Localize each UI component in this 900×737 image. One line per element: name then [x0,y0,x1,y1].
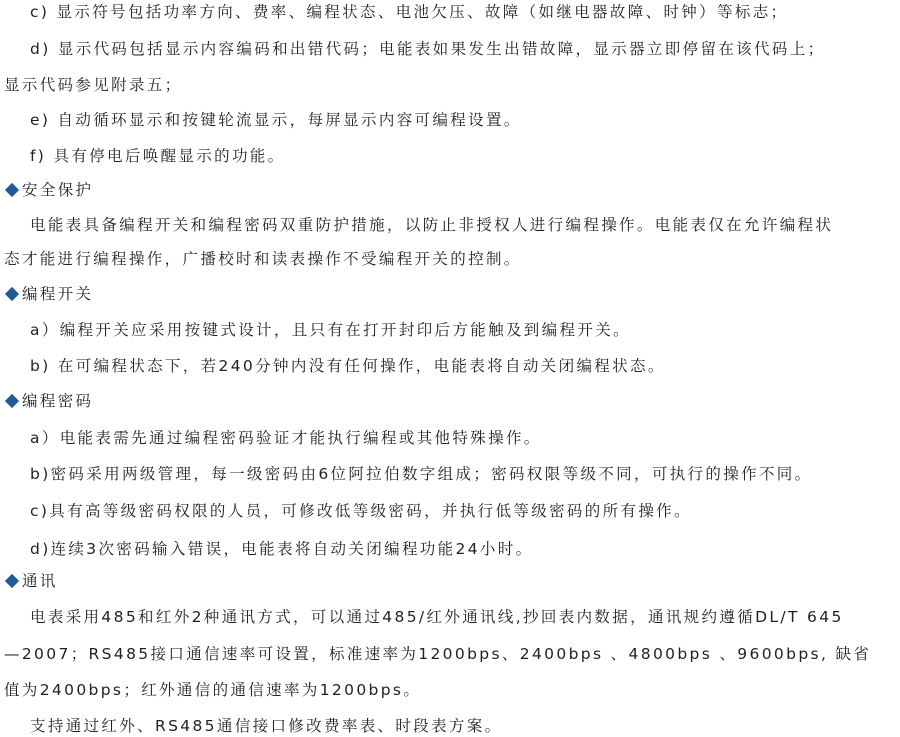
diamond-bullet-icon [5,394,19,408]
display-item-d-line1: d) 显示代码包括显示内容编码和出错代码；电能表如果发生出错故障，显示器立即停留… [30,39,825,59]
security-paragraph-line1: 电能表具备编程开关和编程密码双重防护措施，以防止非授权人进行编程操作。电能表仅在… [30,215,833,235]
display-item-e: e) 自动循环显示和按键轮流显示，每屏显示内容可编程设置。 [30,110,522,130]
program-password-item-c: c)具有高等级密码权限的人员，可修改低等级密码，并执行低等级密码的所有操作。 [30,501,692,521]
security-paragraph-line2: 态才能进行编程操作，广播校时和读表操作不受编程开关的控制。 [4,249,522,269]
section-heading-program-switch: 编程开关 [4,284,93,304]
heading-text: 安全保护 [22,180,93,200]
heading-text: 通讯 [22,571,58,591]
communication-paragraph-line2: —2007；RS485接口通信速率可设置，标准速率为1200bps、2400bp… [4,644,871,664]
program-password-item-b: b)密码采用两级管理，每一级密码由6位阿拉伯数字组成；密码权限等级不同，可执行的… [30,464,813,484]
diamond-bullet-icon [5,183,19,197]
program-switch-item-b: b) 在可编程状态下，若240分钟内没有任何操作，电能表将自动关闭编程状态。 [30,356,666,376]
section-heading-program-password: 编程密码 [4,391,93,411]
program-switch-item-a: a）编程开关应采用按键式设计，且只有在打开封印后方能触及到编程开关。 [30,320,631,340]
heading-text: 编程密码 [22,391,93,411]
display-item-f: f) 具有停电后唤醒显示的功能。 [30,146,286,166]
program-password-item-d: d)连续3次密码输入错误，电能表将自动关闭编程功能24小时。 [30,539,533,559]
section-heading-communication: 通讯 [4,571,58,591]
diamond-bullet-icon [5,287,19,301]
communication-paragraph-2: 支持通过红外、RS485通信接口修改费率表、时段表方案。 [30,716,503,736]
diamond-bullet-icon [5,574,19,588]
display-item-c: c) 显示符号包括功率方向、费率、编程状态、电池欠压、故障（如继电器故障、时钟）… [30,2,788,22]
communication-paragraph-line1: 电表采用485和红外2种通讯方式，可以通过485/红外通讯线,抄回表内数据，通讯… [30,607,844,627]
heading-text: 编程开关 [22,284,93,304]
communication-paragraph-line3: 值为2400bps；红外通信的通信速率为1200bps。 [4,680,421,700]
program-password-item-a: a）电能表需先通过编程密码验证才能执行编程或其他特殊操作。 [30,428,542,448]
section-heading-security: 安全保护 [4,180,93,200]
display-item-d-line2: 显示代码参见附录五； [4,75,183,95]
document-page: c) 显示符号包括功率方向、费率、编程状态、电池欠压、故障（如继电器故障、时钟）… [0,0,900,737]
